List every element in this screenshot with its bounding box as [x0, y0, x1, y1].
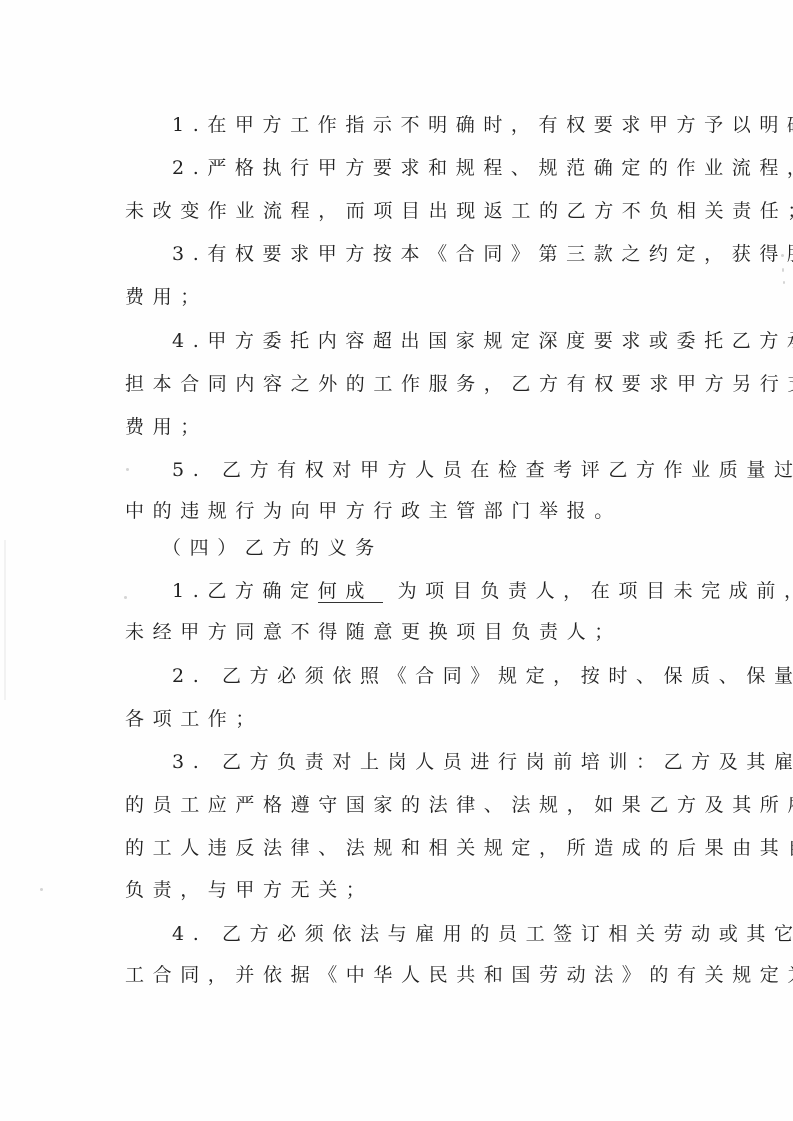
scan-speck: [124, 596, 127, 599]
obligation-item-1-line-1: 1.乙方确定何成 为项目负责人，在项目未完成前，: [172, 576, 691, 606]
scan-speck: [126, 468, 129, 471]
obligation-item-3-line-3: 的工人违反法律、法规和相关规定，所造成的后果由其自行: [125, 833, 691, 863]
obligation-item-4-line-1: 4. 乙方必须依法与雇用的员工签订相关劳动或其它用: [172, 919, 691, 949]
scan-speck: [781, 254, 784, 257]
right-item-5-line-2: 中的违规行为向甲方行政主管部门举报。: [125, 496, 691, 526]
right-item-1: 1.在甲方工作指示不明确时，有权要求甲方予以明确；: [172, 110, 691, 140]
obligation-item-3-line-4: 负责，与甲方无关；: [125, 875, 691, 905]
right-item-2-line-1: 2.严格执行甲方要求和规程、规范确定的作业流程，对: [172, 153, 691, 183]
obligation-item-2-line-1: 2. 乙方必须依照《合同》规定，按时、保质、保量完成: [172, 661, 691, 691]
obligation-1-prefix: 1.乙方确定: [172, 580, 318, 602]
right-item-4-line-1: 4.甲方委托内容超出国家规定深度要求或委托乙方承: [172, 326, 691, 356]
section-heading-obligations: （四）乙方的义务: [162, 533, 728, 563]
obligation-item-1-line-2: 未经甲方同意不得随意更换项目负责人；: [125, 617, 691, 647]
obligation-item-4-line-2: 工合同，并依据《中华人民共和国劳动法》的有关规定为符: [125, 960, 691, 990]
obligation-item-3-line-1: 3. 乙方负责对上岗人员进行岗前培训：乙方及其雇用: [172, 747, 691, 777]
obligation-1-suffix: 为项目负责人，在项目未完成前，: [383, 580, 793, 602]
obligation-item-3-line-2: 的员工应严格遵守国家的法律、法规，如果乙方及其所雇用: [125, 790, 691, 820]
right-item-4-line-3: 费用；: [125, 412, 691, 442]
right-item-5-line-1: 5. 乙方有权对甲方人员在检查考评乙方作业质量过程: [172, 455, 691, 485]
obligation-item-2-line-2: 各项工作；: [125, 704, 691, 734]
right-item-4-line-2: 担本合同内容之外的工作服务，乙方有权要求甲方另行支付: [125, 369, 691, 399]
right-item-3-line-1: 3.有权要求甲方按本《合同》第三款之约定，获得服务: [172, 239, 691, 269]
right-item-2-line-2: 未改变作业流程，而项目出现返工的乙方不负相关责任；: [125, 196, 691, 226]
scan-edge-shadow: [4, 540, 6, 700]
scan-speck: [40, 888, 43, 891]
document-page: 1.在甲方工作指示不明确时，有权要求甲方予以明确； 2.严格执行甲方要求和规程、…: [0, 0, 793, 1121]
scan-speck: [783, 281, 785, 284]
scan-speck: [782, 268, 784, 272]
project-lead-name-field: 何成: [318, 580, 383, 603]
right-item-3-line-2: 费用；: [125, 282, 691, 312]
